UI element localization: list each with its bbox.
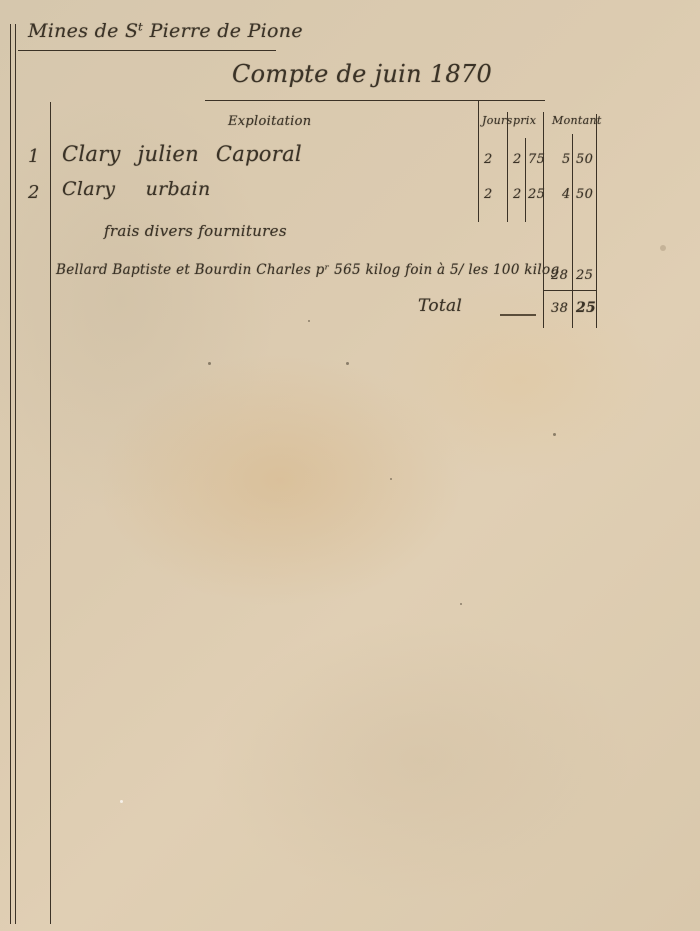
frais-montant-cents: 25	[576, 268, 593, 283]
montant-cents-rule	[572, 134, 573, 328]
total-montant-francs: 38	[551, 301, 568, 316]
row-name: Clary julien Caporal	[62, 142, 302, 166]
frais-montant-francs: 28	[551, 268, 568, 283]
paper-speck	[660, 245, 666, 251]
montant-left-rule	[543, 112, 544, 328]
number-column-rule	[50, 102, 51, 924]
row-prix-cents: 25	[528, 187, 545, 202]
column-header-montant: Montant	[552, 114, 602, 127]
total-montant-cents: 25	[576, 300, 596, 316]
paper-speck	[460, 603, 462, 605]
paper-speck	[390, 478, 392, 480]
paper-speck	[308, 320, 310, 322]
total-separator-rule	[543, 290, 597, 291]
row-number: 2	[28, 182, 40, 203]
paper-speck	[346, 362, 349, 365]
manuscript-page: Mines de Sᵗ Pierre de Pione Compte de ju…	[0, 0, 700, 931]
row-montant-cents: 50	[576, 152, 593, 167]
section-exploitation: Exploitation	[228, 114, 311, 129]
document-title: Compte de juin 1870	[232, 60, 492, 88]
row-montant-cents: 50	[576, 187, 593, 202]
title-underline	[205, 100, 545, 101]
total-flourish	[500, 314, 536, 316]
row-prix-cents: 75	[528, 152, 545, 167]
row-montant-francs: 5	[562, 152, 571, 167]
row-montant-francs: 4	[562, 187, 571, 202]
prix-cents-rule	[525, 138, 526, 222]
prix-left-rule	[507, 112, 508, 222]
total-label: Total	[418, 296, 462, 316]
margin-rule-outer	[10, 24, 11, 924]
paper-speck	[120, 800, 123, 803]
section-frais: frais divers fournitures	[104, 222, 287, 240]
document-header: Mines de Sᵗ Pierre de Pione	[28, 20, 303, 42]
row-name: Clary urbain	[62, 178, 211, 200]
row-prix-francs: 2	[513, 187, 522, 202]
montant-right-rule	[596, 114, 597, 328]
column-header-prix: prix	[513, 114, 536, 127]
paper-speck	[553, 433, 556, 436]
header-underline	[18, 50, 276, 51]
margin-rule-inner	[15, 24, 16, 924]
frais-description: Bellard Baptiste et Bourdin Charles pʳ 5…	[56, 262, 559, 278]
row-prix-francs: 2	[513, 152, 522, 167]
row-number: 1	[28, 146, 40, 167]
row-jours: 2	[484, 187, 493, 202]
paper-speck	[208, 362, 211, 365]
jours-left-rule	[478, 100, 479, 222]
row-jours: 2	[484, 152, 493, 167]
